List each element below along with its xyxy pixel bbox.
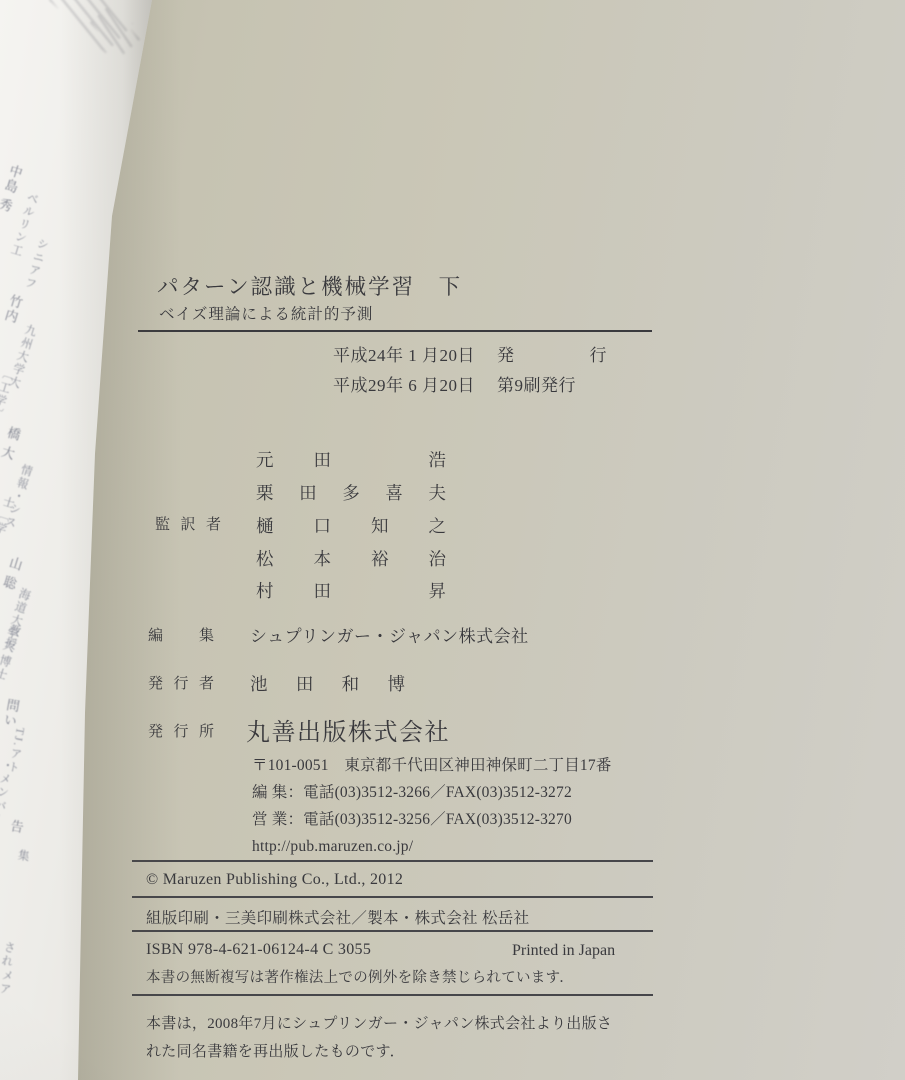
publisher-address: 〒101-0051 東京都千代田区神田神保町二丁目17番 <box>252 752 612 779</box>
facing-page-text-fragment: 教授 博士 <box>0 622 23 683</box>
supervisor-name: 村田 昇 <box>256 578 446 603</box>
facing-page-text-fragment: TJ.アト <box>4 726 28 775</box>
facing-page-text-fragment: ・メンバー <box>0 758 16 827</box>
publisher-sales-phone: 営 業：電話(03)3512-3256／FAX(03)3512-3270 <box>252 806 612 833</box>
book-title: パターン認識と機械学習 下 <box>157 270 462 301</box>
facing-page-text-fragment: 橋 大 <box>0 424 24 463</box>
facing-page-text-fragment: 中島 秀 <box>0 162 26 216</box>
facing-page-text-fragment: 九州大学大 <box>4 322 39 391</box>
supervisor-name: 樋口知之 <box>256 513 446 538</box>
printed-in-japan: Printed in Japan <box>512 942 615 960</box>
divider-rule <box>132 896 653 898</box>
publisher-company-value: 丸善出版株式会社 <box>246 712 450 747</box>
facing-page-text-fragment: 山 聡 <box>0 554 26 593</box>
facing-page-text-fragment: 士〔学 <box>0 494 17 537</box>
facing-page-text-fragment: 集 <box>14 848 32 864</box>
facing-page-text-fragment: 告 <box>5 818 26 836</box>
facing-page-text-fragment: メア <box>0 968 16 997</box>
edition-date: 平成24年 1 月20日 <box>333 341 475 366</box>
publisher-url: http://pub.maruzen.co.jp/ <box>252 833 612 860</box>
facing-page-text-fragment: 竹内 <box>0 292 26 326</box>
facing-page-text-fragment: 問い <box>0 697 23 730</box>
publisher-editorial-phone: 編 集：電話(03)3512-3266／FAX(03)3512-3272 <box>252 779 612 806</box>
publisher-person-value: 池田和博 <box>250 671 405 696</box>
facing-page-text-fragment: 情報・シス <box>0 462 35 531</box>
facing-page-text-fragment: ベルリン工 <box>6 190 41 259</box>
reissue-note: 本書は，2008年7月にシュプリンガー・ジャパン株式会社より出版さ れた同名書籍… <box>146 1011 666 1066</box>
copyright-notice: 本書の無断複写は著作権法上での例外を除き禁じられています． <box>146 966 574 987</box>
facing-page-text-fragment: され <box>0 940 18 969</box>
facing-page-text-fragment: シニアフ <box>20 236 51 292</box>
edition-date: 平成29年 6 月20日 <box>333 371 475 396</box>
edition-label: 発 行 <box>497 341 607 366</box>
supervisor-name: 栗田多喜夫 <box>256 480 446 505</box>
facing-page-text-fragment: 海道大学大 <box>0 586 33 655</box>
book-photo: パターン認識と機械学習 下 ベイズ理論による統計的予測 平成24年 1 月20日… <box>0 0 905 1080</box>
edition-row: 平成24年 1 月20日 発 行 <box>333 341 607 366</box>
supervisor-name: 元田 浩 <box>256 447 446 472</box>
edition-label: 第9刷発行 <box>497 371 576 396</box>
facing-page-text-fragment: 〔工学〕 <box>0 366 17 422</box>
divider-rule <box>132 930 653 932</box>
divider-rule <box>132 994 653 996</box>
editor-value: シュプリンガー・ジャパン株式会社 <box>250 622 529 647</box>
printing-credits: 組版印刷・三美印刷株式会社／製本・株式会社 松岳社 <box>146 906 529 928</box>
divider-rule <box>138 330 652 332</box>
publisher-contact-block: 〒101-0051 東京都千代田区神田神保町二丁目17番 編 集：電話(03)3… <box>252 752 612 860</box>
supervisor-name: 松本裕治 <box>256 546 446 571</box>
bent-page-text-smudge <box>49 0 133 53</box>
divider-rule <box>132 860 653 862</box>
edition-row: 平成29年 6 月20日 第9刷発行 <box>333 371 576 396</box>
bent-page-text-smudge <box>90 5 140 57</box>
